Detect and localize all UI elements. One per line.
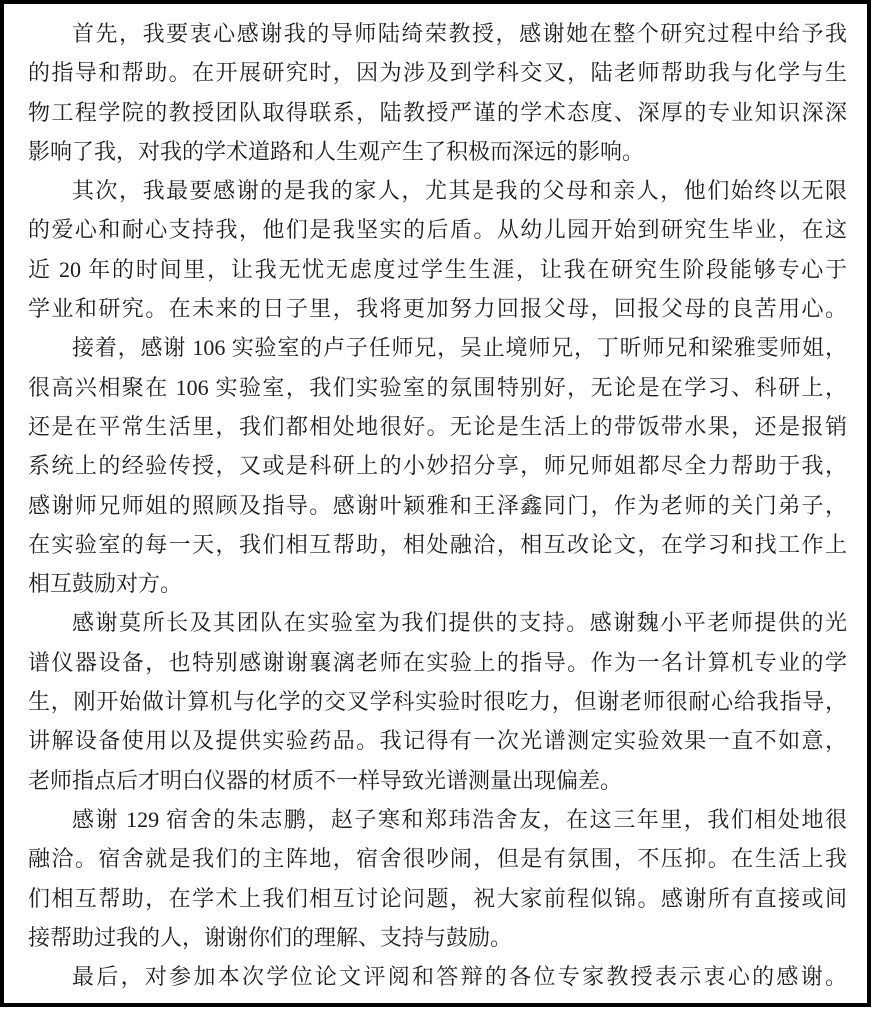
text-line: 感谢莫所长及其团队在实验室为我们提供的支持。感谢魏小平老师提供的光 [28,603,847,642]
text-line: 感谢 129 宿舍的朱志鹏，赵子寒和郑玮浩舍友，在这三年里，我们相处地很 [28,800,847,839]
text-line: 接帮助过我的人，谢谢你们的理解、支持与鼓励。 [28,918,847,957]
text-line: 老师指点后才明白仪器的材质不一样导致光谱测量出现偏差。 [28,761,847,800]
text-line: 物工程学院的教授团队取得联系，陆教授严谨的学术态度、深厚的专业知识深深 [28,93,847,132]
text-line: 的爱心和耐心支持我，他们是我坚实的后盾。从幼儿园开始到研究生毕业，在这 [28,210,847,249]
text-line: 融洽。宿舍就是我们的主阵地，宿舍很吵闹，但是有氛围，不压抑。在生活上我 [28,839,847,878]
paragraph-1: 首先，我要衷心感谢我的导师陆绮荣教授，感谢她在整个研究过程中给予我的指导和帮助。… [28,14,847,171]
text-line: 谱仪器设备，也特别感谢谢襄漓老师在实验上的指导。作为一名计算机专业的学 [28,643,847,682]
text-line: 最后，对参加本次学位论文评阅和答辩的各位专家教授表示衷心的感谢。 [28,957,847,996]
text-line: 的指导和帮助。在开展研究时，因为涉及到学科交叉，陆老师帮助我与化学与生 [28,53,847,92]
paragraph-2: 其次，我最要感谢的是我的家人，尤其是我的父母和亲人，他们始终以无限的爱心和耐心支… [28,171,847,328]
text-line: 相互鼓励对方。 [28,564,847,603]
paragraph-4: 感谢莫所长及其团队在实验室为我们提供的支持。感谢魏小平老师提供的光谱仪器设备，也… [28,603,847,799]
text-line: 还是在平常生活里，我们都相处地很好。无论是生活上的带饭带水果，还是报销 [28,407,847,446]
paragraph-5: 感谢 129 宿舍的朱志鹏，赵子寒和郑玮浩舍友，在这三年里，我们相处地很融洽。宿… [28,800,847,957]
text-line: 讲解设备使用以及提供实验药品。我记得有一次光谱测定实验效果一直不如意， [28,721,847,760]
text-line: 生，刚开始做计算机与化学的交叉学科实验时很吃力，但谢老师很耐心给我指导， [28,682,847,721]
text-line: 接着，感谢 106 实验室的卢子任师兄，吴止境师兄，丁昕师兄和梁雅雯师姐， [28,328,847,367]
text-line: 感谢师兄师姐的照顾及指导。感谢叶颖雅和王泽鑫同门，作为老师的关门弟子， [28,486,847,525]
text-line: 们相互帮助，在学术上我们相互讨论问题，祝大家前程似锦。感谢所有直接或间 [28,879,847,918]
page-frame: 首先，我要衷心感谢我的导师陆绮荣教授，感谢她在整个研究过程中给予我的指导和帮助。… [0,0,871,1007]
paragraph-6: 最后，对参加本次学位论文评阅和答辩的各位专家教授表示衷心的感谢。 [28,957,847,996]
paragraph-3: 接着，感谢 106 实验室的卢子任师兄，吴止境师兄，丁昕师兄和梁雅雯师姐，很高兴… [28,328,847,603]
document-page: 首先，我要衷心感谢我的导师陆绮荣教授，感谢她在整个研究过程中给予我的指导和帮助。… [0,0,880,1010]
text-line: 近 20 年的时间里，让我无忧无虑度过学生生涯，让我在研究生阶段能够专心于 [28,250,847,289]
text-line: 首先，我要衷心感谢我的导师陆绮荣教授，感谢她在整个研究过程中给予我 [28,14,847,53]
acknowledgements-body: 首先，我要衷心感谢我的导师陆绮荣教授，感谢她在整个研究过程中给予我的指导和帮助。… [28,14,847,996]
text-line: 其次，我最要感谢的是我的家人，尤其是我的父母和亲人，他们始终以无限 [28,171,847,210]
text-line: 很高兴相聚在 106 实验室，我们实验室的氛围特别好，无论是在学习、科研上， [28,368,847,407]
text-line: 学业和研究。在未来的日子里，我将更加努力回报父母，回报父母的良苦用心。 [28,289,847,328]
text-line: 影响了我，对我的学术道路和人生观产生了积极而深远的影响。 [28,132,847,171]
text-line: 系统上的经验传授，又或是科研上的小妙招分享，师兄师姐都尽全力帮助于我， [28,446,847,485]
text-line: 在实验室的每一天，我们相互帮助，相处融洽，相互改论文，在学习和找工作上 [28,525,847,564]
